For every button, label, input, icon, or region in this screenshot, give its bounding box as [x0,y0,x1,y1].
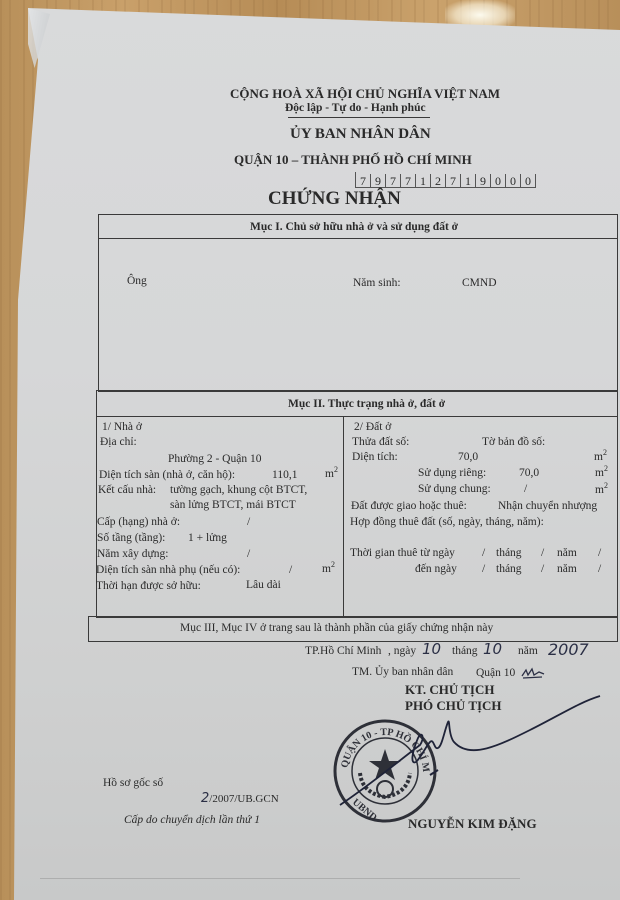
land-heading: 2/ Đất ở [354,421,391,433]
lease-to-year: / [598,563,601,575]
lease-from-year-label: năm [557,547,577,559]
date-month-value: 10 [483,640,502,658]
lease-from-month: / [541,547,544,559]
on-behalf-district: Quận 10 [476,667,515,679]
lease-from-year: / [598,547,601,559]
floor-area-value: 110,1 [272,469,297,481]
authority-heading: ỦY BAN NHÂN DÂN [290,126,431,143]
shared-use-unit: m2 [595,484,608,496]
id-card-label: CMND [462,277,497,289]
aux-area-label: Diện tích sàn nhà phụ (nếu có): [96,564,240,576]
section-2-heading: Mục II. Thực trạng nhà ở, đất ở [288,398,445,410]
allocation-value: Nhận chuyển nhượng [498,500,597,512]
section-1-box [98,214,618,392]
district-heading: QUẬN 10 – THÀNH PHỐ HỒ CHÍ MINH [234,152,472,168]
lease-from-month-label: tháng [496,547,522,559]
faint-print-mark [40,878,520,879]
lease-from-label: Thời gian thuê từ ngày [350,547,455,559]
lease-to-year-label: năm [557,563,577,575]
ownership-term-label: Thời hạn được sở hữu: [96,580,201,592]
record-label: Hồ sơ gốc số [103,777,163,789]
section-1-divider [98,238,617,239]
address-label: Địa chỉ: [100,436,137,448]
lease-from-day: / [482,547,485,559]
shared-use-value: / [524,483,527,495]
aux-area-unit: m2 [322,563,335,575]
grade-value: / [247,516,250,528]
lease-to-month: / [541,563,544,575]
floors-value: 1 + lửng [188,532,227,544]
shared-use-label: Sử dụng chung: [418,483,491,495]
address-value: Phường 2 - Quận 10 [168,453,261,465]
grade-label: Cấp (hạng) nhà ở: [97,516,180,528]
allocation-label: Đất được giao hoặc thuê: [351,500,467,512]
lease-contract-label: Hợp đồng thuê đất (số, ngày, tháng, năm)… [350,516,544,528]
private-use-unit: m2 [595,467,608,479]
land-area-label: Diện tích: [352,451,398,463]
certificate-title: CHỨNG NHẬN [268,188,401,210]
house-heading: 1/ Nhà ở [102,421,142,433]
structure-value-line-1: tường gạch, khung cột BTCT, [170,484,307,496]
lease-to-label: đến ngày [415,563,457,575]
owner-label: Ông [127,275,147,287]
structure-label: Kết cấu nhà: [98,484,156,496]
section-2-column-divider [343,416,344,616]
date-year-value: 2007 [548,640,589,659]
date-year-label: năm [518,645,538,657]
signature-place: TP.Hồ Chí Minh [305,645,381,657]
date-day-label: , ngày [388,645,416,657]
floors-label: Số tầng (tầng): [97,532,165,544]
year-built-label: Năm xây dựng: [97,548,168,560]
lease-to-day: / [482,563,485,575]
handwritten-signature [330,690,610,825]
land-area-value: 70,0 [458,451,478,463]
aux-area-value: / [289,564,292,576]
certificate-code: 797712719000 [355,172,536,188]
parcel-label: Thửa đất số: [352,436,409,448]
nation-heading: CỘNG HOÀ XÃ HỘI CHỦ NGHĨA VIỆT NAM [230,86,500,102]
date-month-label: tháng [452,645,478,657]
floor-area-unit: m2 [325,468,338,480]
ownership-term-value: Lâu dài [246,579,281,591]
map-sheet-label: Tờ bản đồ số: [482,436,545,448]
year-built-value: / [247,548,250,560]
motto-underline [288,117,430,118]
private-use-value: 70,0 [519,467,539,479]
floor-area-label: Diện tích sàn (nhà ở, căn hộ): [99,469,235,481]
transfer-note: Cấp do chuyển dịch lần thứ 1 [124,814,260,826]
section-2-divider [96,416,617,417]
motto: Độc lập - Tự do - Hạnh phúc [285,102,426,114]
record-number: 2/2007/UB.GCN [201,791,279,806]
signer-name: NGUYỄN KIM ĐẶNG [408,816,537,832]
section-1-heading: Mục I. Chủ sở hữu nhà ở và sử dụng đất ở [250,221,458,233]
land-area-unit: m2 [594,451,607,463]
structure-value-line-2: sàn lửng BTCT, mái BTCT [170,499,296,511]
date-day-value: 10 [422,640,441,658]
initials-mark [520,666,546,680]
on-behalf-label: TM. Ủy ban nhân dân [352,666,453,678]
private-use-label: Sử dụng riêng: [418,467,486,479]
lease-to-month-label: tháng [496,563,522,575]
section-3-note: Mục III, Mục IV ở trang sau là thành phầ… [180,622,493,634]
birth-year-label: Năm sinh: [353,277,401,289]
